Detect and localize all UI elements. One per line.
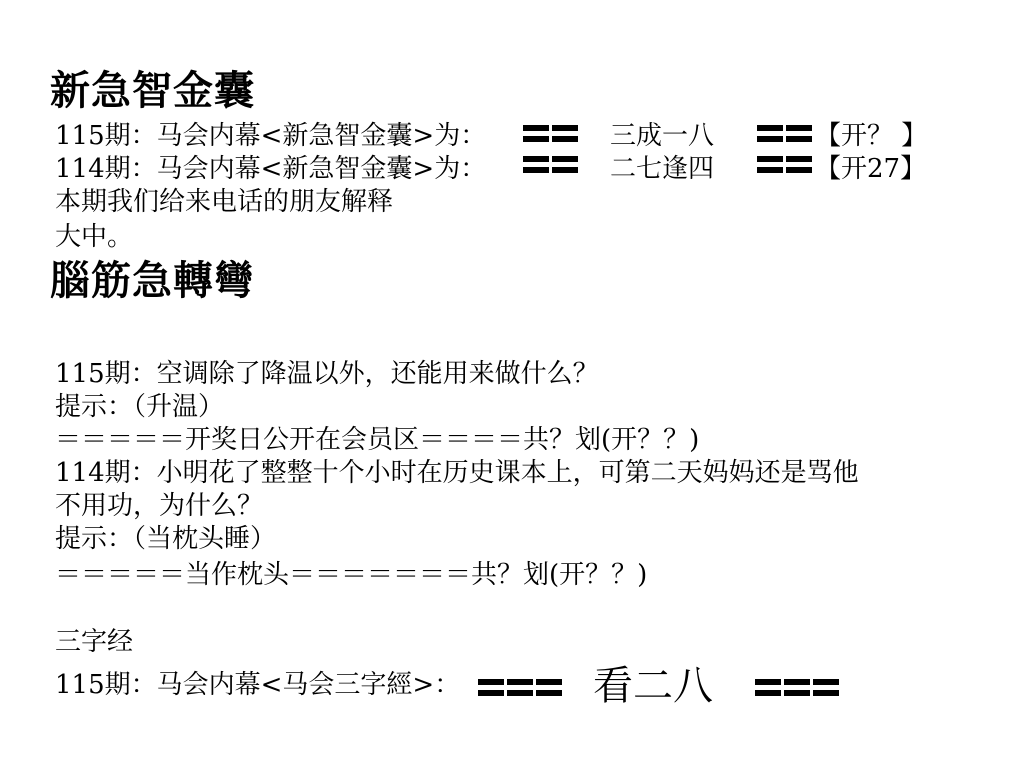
jinnang-note-line: 大中。 [55, 222, 133, 252]
jinnang-row-115-result: 【开？ 】 [815, 121, 927, 151]
jinnang-row-114-label: 114期：马会内幕<新急智金囊>为： [55, 154, 486, 184]
jinnang-row-114-answer: 二七逢四 [610, 154, 714, 184]
sanzijing-label: 115期：马会内幕<马会三字經>： [55, 670, 460, 700]
sanzijing-answer: 看二八 [593, 664, 713, 708]
jinnang-row-115-answer: 三成一八 [610, 121, 714, 151]
section-title-brain-teaser: 腦筋急轉彎 [50, 258, 255, 304]
block-symbol-icon [478, 679, 562, 696]
block-symbol-icon [523, 156, 578, 173]
teaser-question-115: 115期：空调除了降温以外，还能用来做什么？ [55, 359, 599, 389]
jinnang-row-115-label: 115期：马会内幕<新急智金囊>为： [55, 121, 486, 151]
teaser-answer-114: ＝＝＝＝＝当作枕头＝＝＝＝＝＝＝共？划(开？？) [55, 560, 647, 590]
teaser-question-114: 114期：小明花了整整十个小时在历史课本上，可第二天妈妈还是骂他 [55, 458, 859, 488]
block-symbol-icon [757, 156, 812, 173]
block-symbol-icon [757, 125, 812, 142]
section-title-sanzijing: 三字经 [55, 627, 133, 657]
teaser-hint-114: 提示：（当枕头睡） [55, 524, 276, 554]
jinnang-note-line: 本期我们给来电话的朋友解释 [55, 187, 393, 217]
teaser-hint-115: 提示：（升温） [55, 392, 224, 422]
teaser-question-114-cont: 不用功，为什么？ [55, 491, 263, 521]
section-title-jinnang: 新急智金囊 [50, 68, 255, 114]
jinnang-row-114-result: 【开27】 [815, 154, 926, 184]
block-symbol-icon [755, 679, 839, 696]
block-symbol-icon [523, 125, 578, 142]
teaser-answer-115: ＝＝＝＝＝开奖日公开在会员区＝＝＝＝共？划(开？？) [55, 425, 699, 455]
